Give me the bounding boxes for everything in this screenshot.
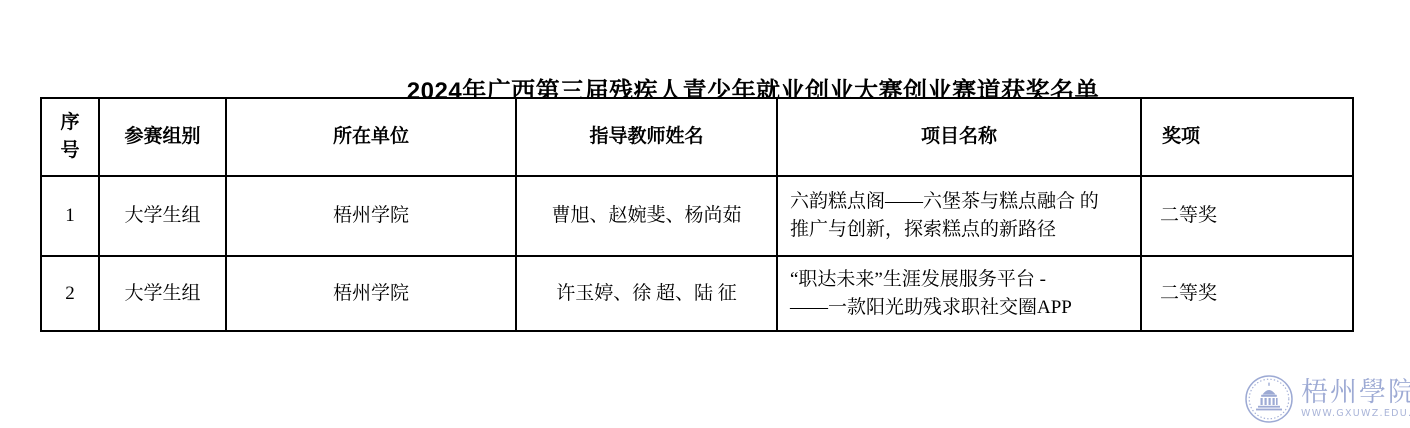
cell-no: 2 [41, 256, 99, 331]
table-row: 2 大学生组 梧州学院 许玉婷、徐 超、陆 征 “职达未来”生涯发展服务平台 -… [41, 256, 1353, 331]
university-seal-icon [1244, 374, 1294, 424]
cell-project: “职达未来”生涯发展服务平台 - ——一款阳光助残求职社交圈APP [777, 256, 1141, 331]
cell-no: 1 [41, 176, 99, 256]
cell-teachers: 曹旭、赵婉斐、杨尚茹 [516, 176, 777, 256]
header-unit: 所在单位 [226, 98, 516, 176]
header-group: 参赛组别 [99, 98, 226, 176]
header-teachers: 指导教师姓名 [516, 98, 777, 176]
cell-project: 六韵糕点阁——六堡茶与糕点融合 的 推广与创新，探索糕点的新路径 [777, 176, 1141, 256]
cell-group: 大学生组 [99, 256, 226, 331]
cell-teachers: 许玉婷、徐 超、陆 征 [516, 256, 777, 331]
award-table: 序号 参赛组别 所在单位 指导教师姓名 项目名称 奖项 1 大学生组 梧州学院 … [40, 97, 1354, 332]
university-name: 梧州學院 [1301, 379, 1410, 406]
header-no: 序号 [41, 98, 99, 176]
header-award: 奖项 [1141, 98, 1353, 176]
table-header-row: 序号 参赛组别 所在单位 指导教师姓名 项目名称 奖项 [41, 98, 1353, 176]
university-watermark-text: 梧州學院 WWW.GXUWZ.EDU.CN [1301, 379, 1410, 419]
university-watermark: 梧州學院 WWW.GXUWZ.EDU.CN [1244, 374, 1410, 424]
cell-award: 二等奖 [1141, 256, 1353, 331]
cell-award: 二等奖 [1141, 176, 1353, 256]
cell-group: 大学生组 [99, 176, 226, 256]
document-page: 2024年广西第三届残疾人青少年就业创业大赛创业赛道获奖名单 序号 参赛组别 所… [0, 0, 1410, 428]
university-url: WWW.GXUWZ.EDU.CN [1301, 409, 1410, 419]
cell-unit: 梧州学院 [226, 256, 516, 331]
table-row: 1 大学生组 梧州学院 曹旭、赵婉斐、杨尚茹 六韵糕点阁——六堡茶与糕点融合 的… [41, 176, 1353, 256]
header-project: 项目名称 [777, 98, 1141, 176]
cell-unit: 梧州学院 [226, 176, 516, 256]
